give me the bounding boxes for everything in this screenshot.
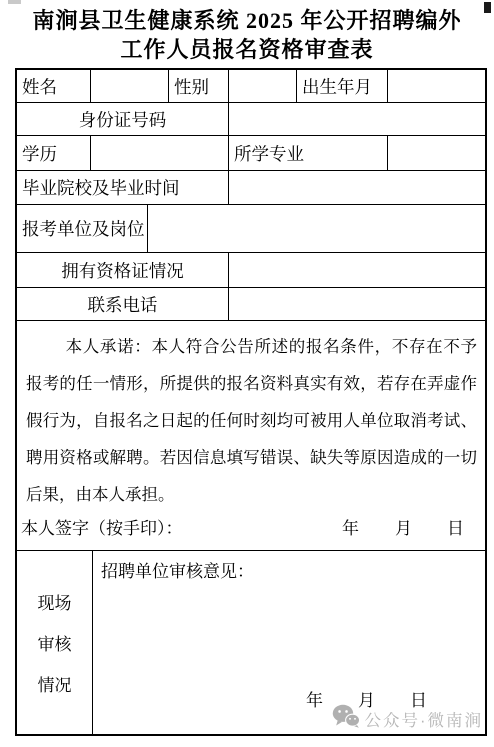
row-certificates: 拥有资格证情况 [17,252,485,287]
certificates-value-cell [228,253,485,287]
review-opinion-label: 招聘单位审核意见： [101,557,485,582]
onsite-review-cell: 招聘单位审核意见： 年 月 日 [92,551,485,734]
school-label: 毕业院校及毕业时间 [17,171,228,204]
unit-post-value-cell [147,205,485,252]
signature-label: 本人签字（按手印）： [21,514,183,539]
onsite-review-label-line3: 情况 [38,671,72,696]
form-title: 南涧县卫生健康系统 2025 年公开招聘编外 工作人员报名资格审查表 [0,0,494,64]
education-label: 学历 [17,136,90,170]
id-number-value-cell [228,103,485,135]
row-phone: 联系电话 [17,287,485,320]
birth-date-label: 出生年月 [296,70,387,102]
signature-month-label: 月 [395,514,412,539]
row-unit-post: 报考单位及岗位 [17,204,485,252]
onsite-review-label-line1: 现场 [38,589,72,614]
pledge-text: 本人承诺：本人符合公告所述的报名条件，不存在不予报考的任一情形，所提供的报名资料… [26,329,477,514]
onsite-review-label-line2: 审核 [38,630,72,655]
row-school: 毕业院校及毕业时间 [17,170,485,204]
certificates-label: 拥有资格证情况 [17,253,228,287]
signature-year-label: 年 [342,514,359,539]
birth-date-value-cell [387,70,485,102]
major-value-cell [387,136,485,170]
row-basic-info: 姓名 性别 出生年月 [17,70,485,102]
watermark: 公众号·微南涧 [332,704,484,733]
row-pledge: 本人承诺：本人符合公告所述的报名条件，不存在不予报考的任一情形，所提供的报名资料… [17,320,485,550]
document-page: 南涧县卫生健康系统 2025 年公开招聘编外 工作人员报名资格审查表 姓名 性别… [0,0,494,747]
id-number-label: 身份证号码 [17,103,228,135]
row-id-number: 身份证号码 [17,102,485,135]
scan-artifact-left [8,0,21,4]
wechat-icon [332,704,360,733]
name-label: 姓名 [17,70,90,102]
name-value-cell [90,70,168,102]
watermark-text: 公众号·微南涧 [365,707,484,731]
review-date-line: 年 月 日 [93,686,485,706]
major-label: 所学专业 [228,136,387,170]
gender-value-cell [228,70,296,102]
pledge-cell: 本人承诺：本人符合公告所述的报名条件，不存在不予报考的任一情形，所提供的报名资料… [17,321,485,550]
phone-label: 联系电话 [17,288,228,320]
school-value-cell [228,171,485,204]
row-education: 学历 所学专业 [17,135,485,170]
scan-artifact-right [484,2,491,13]
signature-day-label: 日 [447,514,464,539]
application-form-table: 姓名 性别 出生年月 身份证号码 学历 所学专业 毕业院校及毕业时间 报考单位及… [15,68,487,736]
phone-value-cell [228,288,485,320]
form-title-line2: 工作人员报名资格审查表 [0,35,494,64]
unit-post-label: 报考单位及岗位 [17,205,147,252]
onsite-review-label: 现场 审核 情况 [17,551,92,734]
review-year-label: 年 [306,686,323,711]
signature-line: 本人签字（按手印）： 年 月 日 [17,514,485,536]
gender-label: 性别 [168,70,228,102]
education-value-cell [90,136,228,170]
form-title-line1: 南涧县卫生健康系统 2025 年公开招聘编外 [0,6,494,35]
row-onsite-review: 现场 审核 情况 招聘单位审核意见： 年 月 日 [17,550,485,734]
